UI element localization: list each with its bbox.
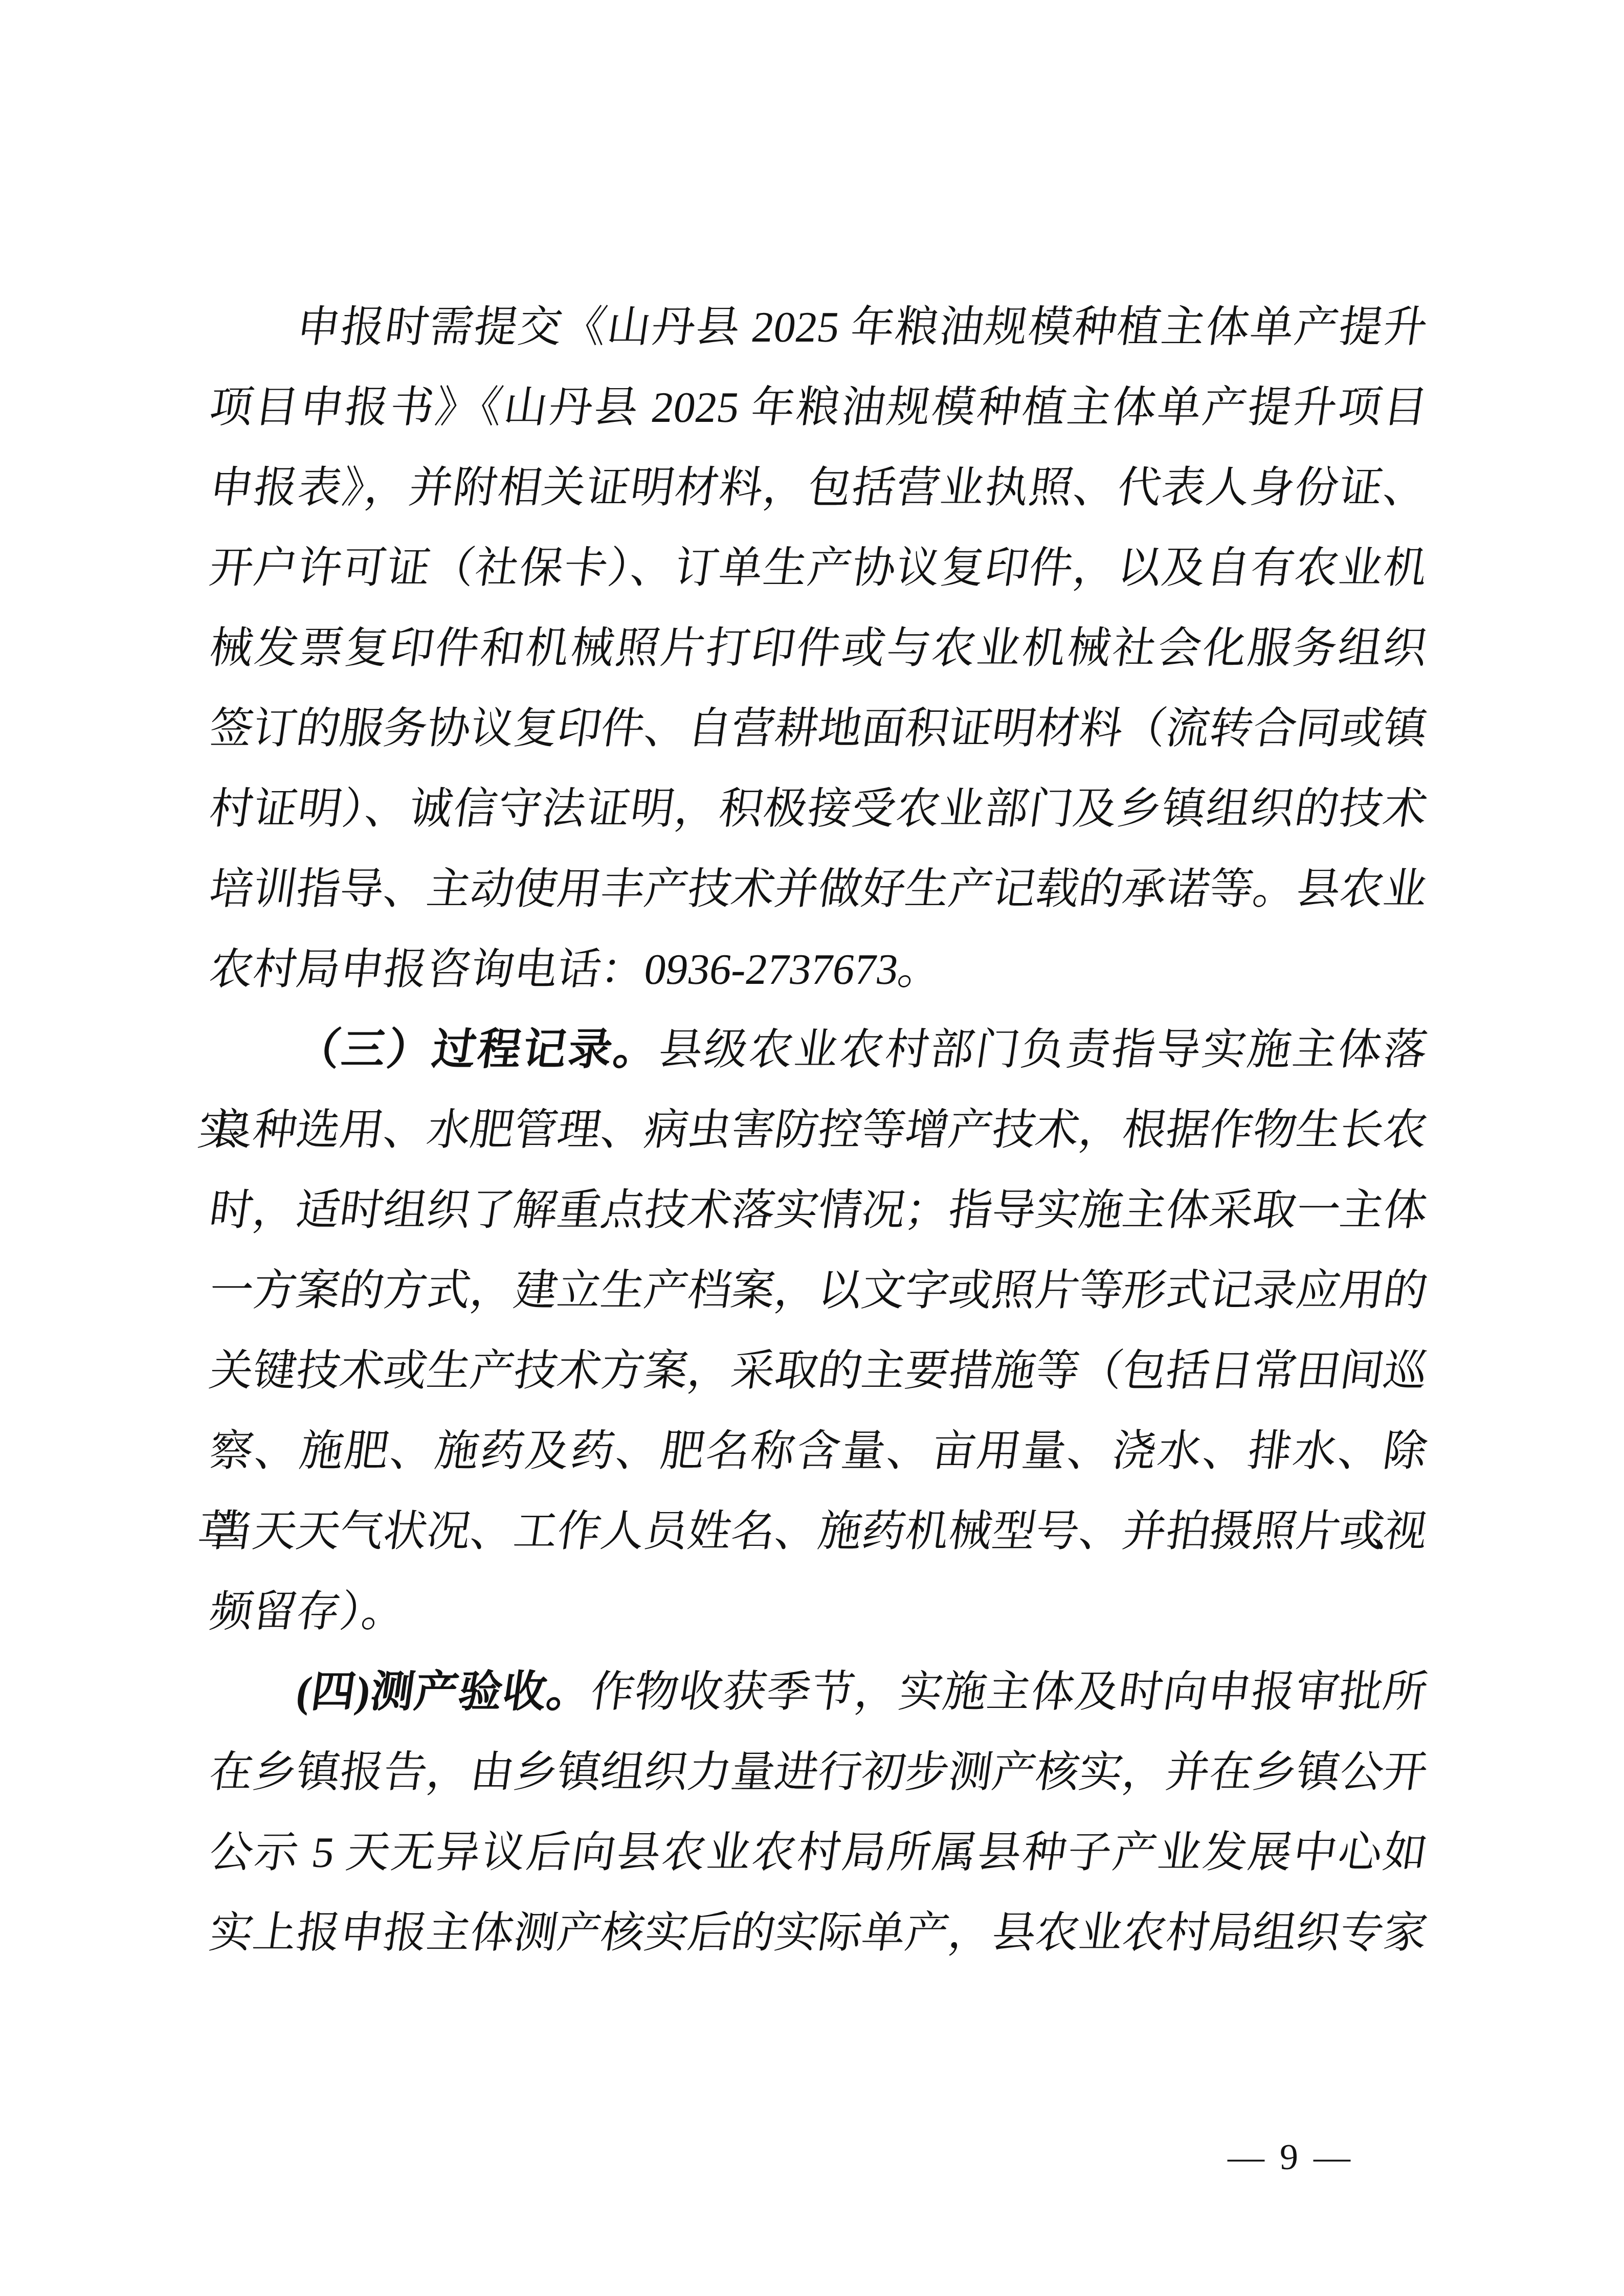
text-run: 申报时需提交《山丹县 2025 年粮油规模种植主体单产提升 [293, 303, 1430, 351]
text-line: 培训指导、主动使用丰产技术并做好生产记载的承诺等。县农业 [204, 849, 1433, 930]
text-run: 一方案的方式，建立生产档案，以文字或照片等形式记录应用的 [206, 1267, 1430, 1315]
text-run: 农村局申报咨询电话：0936-2737673。 [206, 946, 945, 994]
text-line: 察、施肥、施药及药、肥名称含量、亩用量、浇水、排水、除草、 [204, 1411, 1433, 1492]
text-line: 时，适时组织了解重点技术落实情况；指导实施主体采取一主体 [204, 1170, 1433, 1251]
text-run: 培训指导、主动使用丰产技术并做好生产记载的承诺等。县农业 [206, 865, 1430, 913]
text-run: 当天天气状况、工作人员姓名、施药机械型号、并拍摄照片或视 [206, 1507, 1430, 1556]
text-run: 械发票复印件和机械照片打印件或与农业机械社会化服务组织 [206, 624, 1430, 672]
text-run: 村证明）、诚信守法证明，积极接受农业部门及乡镇组织的技术 [206, 785, 1430, 833]
text-line: 良种选用、水肥管理、病虫害防控等增产技术，根据作物生长农 [204, 1090, 1433, 1170]
text-run: 公示 5 天无异议后向县农业农村局所属县种子产业发展中心如 [206, 1829, 1430, 1877]
text-run: 关键技术或生产技术方案，采取的主要措施等（包括日常田间巡 [206, 1347, 1430, 1395]
text-line: (四)测产验收。作物收获季节，实施主体及时向申报审批所 [204, 1652, 1433, 1732]
text-run: 在乡镇报告，由乡镇组织力量进行初步测产核实，并在乡镇公开 [206, 1748, 1430, 1796]
text-run: 良种选用、水肥管理、病虫害防控等增产技术，根据作物生长农 [206, 1106, 1430, 1154]
text-line: 一方案的方式，建立生产档案，以文字或照片等形式记录应用的 [204, 1251, 1433, 1331]
text-run: 签订的服务协议复印件、自营耕地面积证明材料（流转合同或镇 [206, 705, 1430, 753]
text-line: 当天天气状况、工作人员姓名、施药机械型号、并拍摄照片或视 [204, 1492, 1433, 1572]
text-line: 项目申报书》《山丹县 2025 年粮油规模种植主体单产提升项目 [204, 368, 1433, 448]
page-number: — 9 — [1228, 2131, 1353, 2182]
text-run: 开户许可证（社保卡）、订单生产协议复印件，以及自有农业机 [206, 544, 1430, 592]
text-run: 申报表》，并附相关证明材料，包括营业执照、代表人身份证、 [206, 464, 1430, 512]
document-page: 申报时需提交《山丹县 2025 年粮油规模种植主体单产提升项目申报书》《山丹县 … [0, 0, 1624, 2296]
text-run: 作物收获季节，实施主体及时向申报审批所 [588, 1668, 1431, 1716]
text-line: 在乡镇报告，由乡镇组织力量进行初步测产核实，并在乡镇公开 [204, 1732, 1433, 1813]
text-line: 农村局申报咨询电话：0936-2737673。 [204, 930, 1433, 1010]
text-run: 频留存）。 [206, 1588, 409, 1636]
text-line: 村证明）、诚信守法证明，积极接受农业部门及乡镇组织的技术 [204, 769, 1433, 849]
text-run: 时，适时组织了解重点技术落实情况；指导实施主体采取一主体 [206, 1186, 1430, 1234]
text-run: 实上报申报主体测产核实后的实际单产，县农业农村局组织专家 [206, 1909, 1430, 1957]
text-line: （三）过程记录。县级农业农村部门负责指导实施主体落实 [204, 1010, 1433, 1090]
text-line: 签订的服务协议复印件、自营耕地面积证明材料（流转合同或镇 [204, 689, 1433, 769]
text-line: 实上报申报主体测产核实后的实际单产，县农业农村局组织专家 [204, 1893, 1433, 1973]
bold-heading-run: （三）过程记录。 [293, 1026, 662, 1074]
text-line: 械发票复印件和机械照片打印件或与农业机械社会化服务组织 [204, 609, 1433, 689]
text-line: 申报时需提交《山丹县 2025 年粮油规模种植主体单产提升 [204, 287, 1433, 368]
bold-heading-run: (四)测产验收。 [293, 1668, 594, 1716]
text-line: 频留存）。 [204, 1572, 1433, 1652]
text-line: 关键技术或生产技术方案，采取的主要措施等（包括日常田间巡 [204, 1331, 1433, 1411]
text-line: 申报表》，并附相关证明材料，包括营业执照、代表人身份证、 [204, 448, 1433, 528]
text-line: 开户许可证（社保卡）、订单生产协议复印件，以及自有农业机 [204, 528, 1433, 609]
text-run: 项目申报书》《山丹县 2025 年粮油规模种植主体单产提升项目 [206, 384, 1430, 432]
text-line: 公示 5 天无异议后向县农业农村局所属县种子产业发展中心如 [204, 1813, 1433, 1893]
document-body: 申报时需提交《山丹县 2025 年粮油规模种植主体单产提升项目申报书》《山丹县 … [210, 287, 1427, 1973]
